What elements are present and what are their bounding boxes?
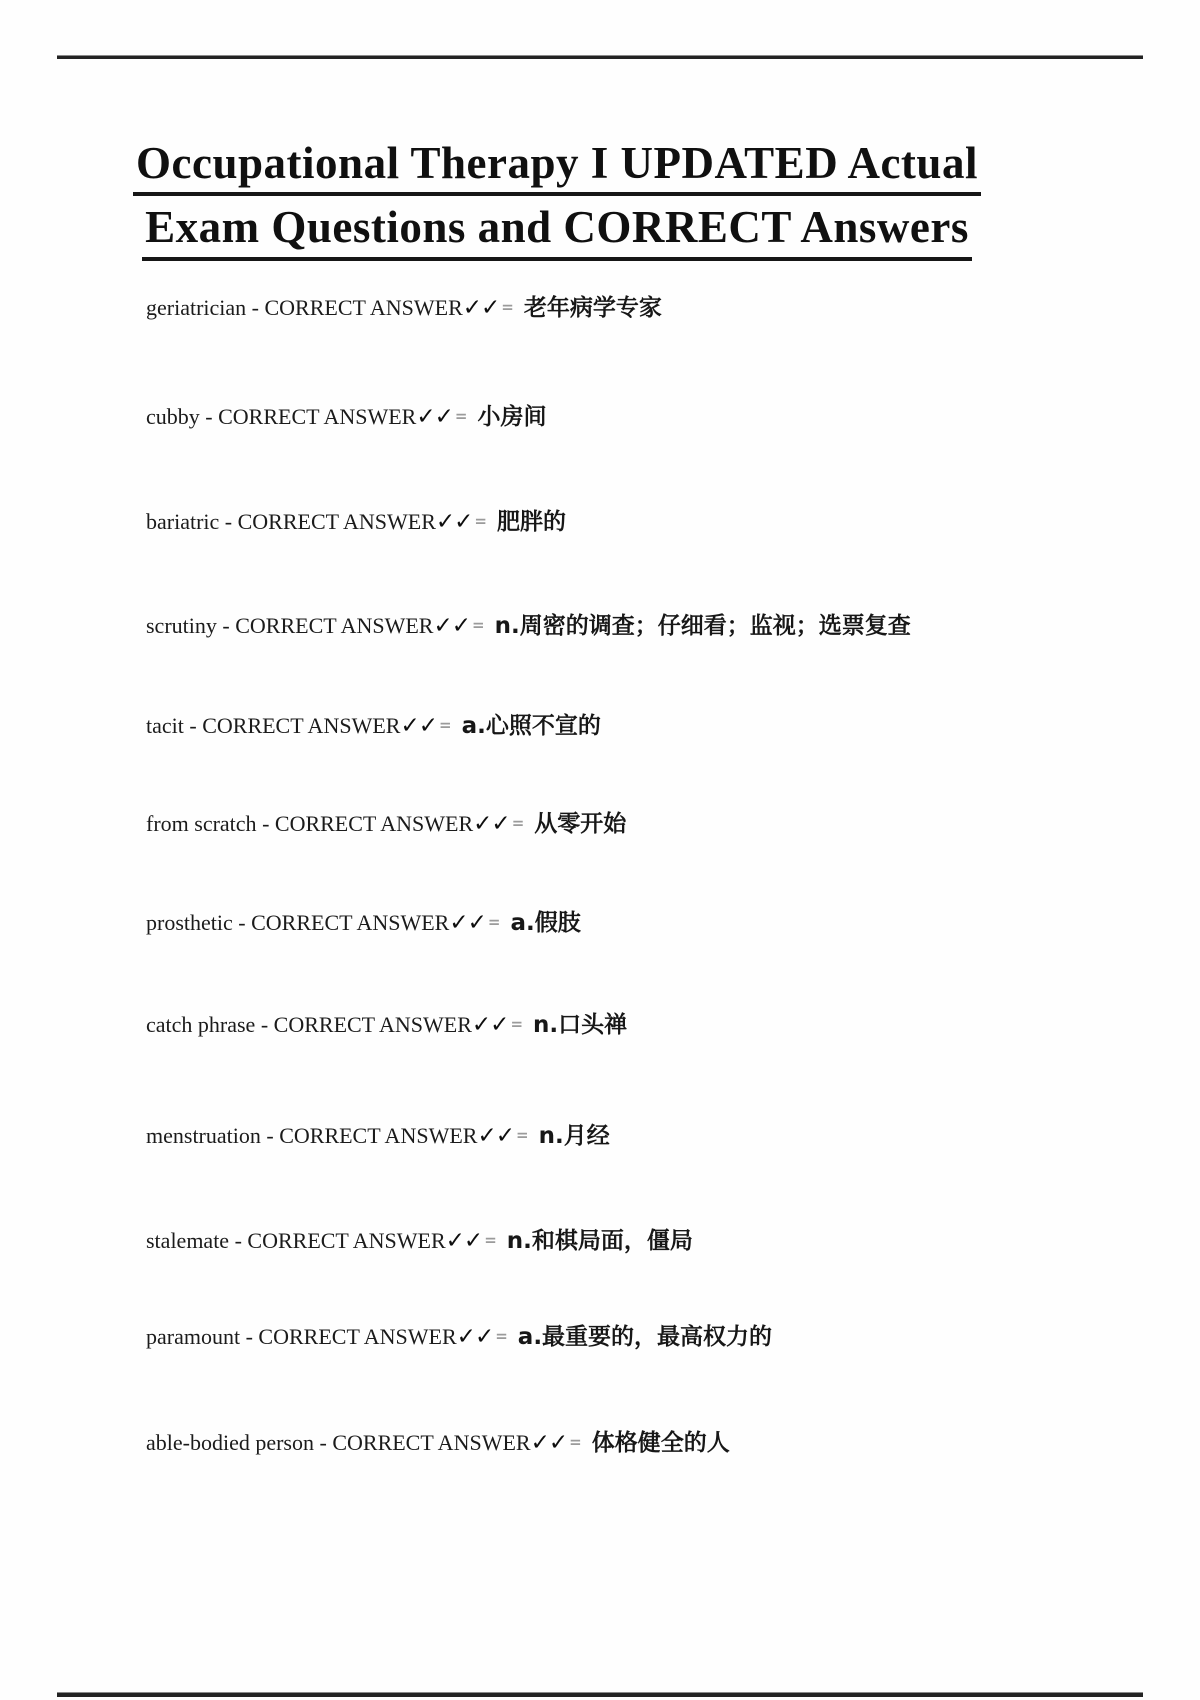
term-text: tacit [146, 713, 184, 738]
equals-sign: = [516, 1126, 529, 1144]
equals-sign: = [439, 716, 452, 734]
term-text: catch phrase [146, 1012, 255, 1037]
double-checkmark-icon: ✓✓ [446, 1228, 483, 1254]
double-checkmark-icon: ✓✓ [457, 1324, 494, 1350]
term-answer-separator: - [217, 613, 235, 638]
term-answer-separator: - [257, 811, 275, 836]
equals-sign: = [512, 814, 525, 832]
equals-sign: = [569, 1433, 582, 1451]
correct-answer-label: CORRECT ANSWER [238, 509, 436, 534]
correct-answer-label: CORRECT ANSWER [279, 1123, 477, 1148]
answer-text: n.月经 [539, 1123, 610, 1149]
equals-sign: = [510, 1015, 523, 1033]
correct-answer-label: CORRECT ANSWER [202, 713, 400, 738]
correct-answer-label: CORRECT ANSWER [218, 404, 416, 429]
answer-text: a.最重要的，最高权力的 [518, 1324, 772, 1350]
term-text: able-bodied person [146, 1430, 314, 1455]
equals-sign: = [495, 1327, 508, 1345]
term-text: scrutiny [146, 613, 217, 638]
document-title: Occupational Therapy I UPDATED Actual Ex… [133, 138, 981, 267]
double-checkmark-icon: ✓✓ [477, 1123, 514, 1149]
term-answer-separator: - [219, 509, 237, 534]
equals-sign: = [474, 512, 487, 530]
answer-text: n.周密的调查；仔细看；监视；选票复查 [495, 613, 911, 639]
correct-answer-label: CORRECT ANSWER [274, 1012, 472, 1037]
term-answer-separator: - [240, 1324, 258, 1349]
equals-sign: = [484, 1231, 497, 1249]
document-page: Occupational Therapy I UPDATED Actual Ex… [0, 0, 1200, 1700]
answer-text: a.心照不宣的 [462, 713, 601, 739]
correct-answer-label: CORRECT ANSWER [235, 613, 433, 638]
answer-text: 体格健全的人 [592, 1430, 730, 1456]
vocab-entry: paramount - CORRECT ANSWER✓✓=a.最重要的，最高权力… [146, 1318, 1160, 1351]
document-title-line-2: Exam Questions and CORRECT Answers [142, 202, 972, 260]
answer-text: 老年病学专家 [524, 295, 662, 321]
equals-sign: = [455, 407, 468, 425]
double-checkmark-icon: ✓✓ [472, 1012, 509, 1038]
equals-sign: = [472, 616, 485, 634]
correct-answer-label: CORRECT ANSWER [251, 910, 449, 935]
equals-sign: = [488, 913, 501, 931]
double-checkmark-icon: ✓✓ [473, 811, 510, 837]
vocab-entry: geriatrician - CORRECT ANSWER✓✓=老年病学专家 [146, 289, 1160, 322]
vocab-entry: prosthetic - CORRECT ANSWER✓✓=a.假肢 [146, 904, 1160, 937]
term-answer-separator: - [184, 713, 202, 738]
term-text: cubby [146, 404, 200, 429]
term-answer-separator: - [246, 295, 264, 320]
term-answer-separator: - [233, 910, 251, 935]
vocab-entry: from scratch - CORRECT ANSWER✓✓=从零开始 [146, 805, 1160, 838]
double-checkmark-icon: ✓✓ [436, 509, 473, 535]
double-checkmark-icon: ✓✓ [463, 295, 500, 321]
term-text: from scratch [146, 811, 257, 836]
term-text: menstruation [146, 1123, 261, 1148]
answer-text: 从零开始 [534, 811, 626, 837]
vocab-entry: catch phrase - CORRECT ANSWER✓✓=n.口头禅 [146, 1006, 1160, 1039]
term-text: geriatrician [146, 295, 246, 320]
answer-text: 肥胖的 [497, 509, 566, 535]
double-checkmark-icon: ✓✓ [433, 613, 470, 639]
double-checkmark-icon: ✓✓ [416, 404, 453, 430]
answer-text: 小房间 [477, 404, 546, 430]
vocab-entry: cubby - CORRECT ANSWER✓✓=小房间 [146, 398, 1160, 431]
vocab-entry: able-bodied person - CORRECT ANSWER✓✓=体格… [146, 1424, 1160, 1457]
answer-text: a.假肢 [510, 910, 580, 936]
term-text: paramount [146, 1324, 240, 1349]
document-title-line-1: Occupational Therapy I UPDATED Actual [133, 138, 981, 196]
bottom-rule [57, 1692, 1143, 1697]
correct-answer-label: CORRECT ANSWER [258, 1324, 456, 1349]
term-answer-separator: - [255, 1012, 273, 1037]
term-answer-separator: - [229, 1228, 247, 1253]
correct-answer-label: CORRECT ANSWER [275, 811, 473, 836]
term-answer-separator: - [200, 404, 218, 429]
double-checkmark-icon: ✓✓ [531, 1430, 568, 1456]
vocab-entry: scrutiny - CORRECT ANSWER✓✓=n.周密的调查；仔细看；… [146, 607, 1160, 640]
top-rule [57, 55, 1143, 59]
double-checkmark-icon: ✓✓ [400, 713, 437, 739]
correct-answer-label: CORRECT ANSWER [265, 295, 463, 320]
term-answer-separator: - [314, 1430, 332, 1455]
vocab-entry: menstruation - CORRECT ANSWER✓✓=n.月经 [146, 1117, 1160, 1150]
double-checkmark-icon: ✓✓ [449, 910, 486, 936]
answer-text: n.和棋局面，僵局 [507, 1228, 693, 1254]
vocab-entry: tacit - CORRECT ANSWER✓✓=a.心照不宣的 [146, 707, 1160, 740]
term-text: prosthetic [146, 910, 233, 935]
vocab-entry: bariatric - CORRECT ANSWER✓✓=肥胖的 [146, 503, 1160, 536]
term-answer-separator: - [261, 1123, 279, 1148]
answer-text: n.口头禅 [533, 1012, 627, 1038]
equals-sign: = [501, 298, 514, 316]
term-text: stalemate [146, 1228, 229, 1253]
vocab-entry: stalemate - CORRECT ANSWER✓✓=n.和棋局面，僵局 [146, 1222, 1160, 1255]
correct-answer-label: CORRECT ANSWER [247, 1228, 445, 1253]
term-text: bariatric [146, 509, 219, 534]
correct-answer-label: CORRECT ANSWER [332, 1430, 530, 1455]
